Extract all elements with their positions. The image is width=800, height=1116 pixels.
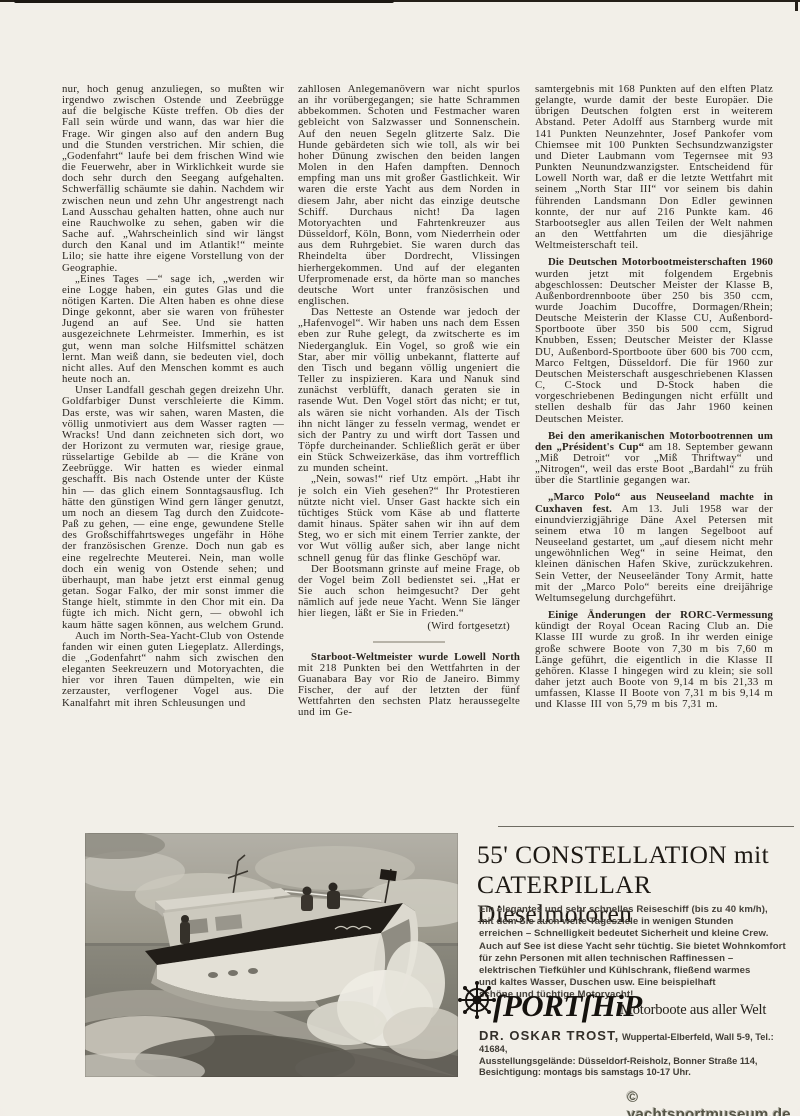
dealer-line-3: Besichtigung: montags bis samstags 10-17…: [479, 1067, 794, 1079]
article-column-3: samtergebnis mit 168 Punkten auf den elf…: [535, 84, 773, 821]
news-text: mit 218 Punkten bei den Wettfahrten in d…: [298, 662, 520, 719]
paragraph: Unser Landfall geschah gegen dreizehn Uh…: [62, 385, 284, 630]
paragraph: Auch im North-Sea-Yacht-Club von Ostende…: [62, 631, 284, 709]
magazine-page: nur, hoch genug anzuliegen, so mußten wi…: [0, 0, 800, 1116]
article-column-2: zahllosen Anlegemanövern war nicht spurl…: [298, 84, 520, 821]
continuation-note: (Wird fortgesetzt): [298, 621, 510, 632]
news-item: Einige Änderungen der RORC-Vermessung kü…: [535, 610, 773, 710]
news-text: Am 13. Juli 1958 war der einundvierzigjä…: [535, 503, 773, 604]
ship-wheel-icon: [457, 979, 497, 1028]
news-text: wurden jetzt mit folgendem Ergebnis abge…: [535, 268, 773, 425]
ad-body-text: Ein elegantes und sehr schnelles Reisesc…: [479, 904, 791, 1002]
news-item: Starboot-Weltmeister wurde Lowell North …: [298, 652, 520, 719]
paragraph: „Nein, sowas!“ rief Utz empört. „Habt ih…: [298, 474, 520, 563]
dealer-line-1: DR. OSKAR TROST, Wuppertal-Elberfeld, Wa…: [479, 1030, 794, 1056]
paragraph: samtergebnis mit 168 Punkten auf den elf…: [535, 84, 773, 251]
article-column-1: nur, hoch genug anzuliegen, so mußten wi…: [62, 84, 284, 821]
news-item: „Marco Polo“ aus Neuseeland machte in Cu…: [535, 492, 773, 604]
scan-edge-line-thick: [14, 0, 394, 3]
news-item: Die Deutschen Motorbootmeisterschaften 1…: [535, 257, 773, 424]
paragraph: zahllosen Anlegemanövern war nicht spurl…: [298, 84, 520, 307]
news-text: kündigt der Royal Ocean Racing Club an. …: [535, 620, 773, 710]
paragraph: Das Netteste an Ostende war jedoch der „…: [298, 307, 520, 474]
ad-top-rule: [498, 826, 794, 827]
paragraph: „Eines Tages —“ sage ich, „werden wir ei…: [62, 274, 284, 386]
ad-tagline: Motorboote aus aller Welt: [620, 1002, 766, 1019]
dealer-info: DR. OSKAR TROST, Wuppertal-Elberfeld, Wa…: [479, 1030, 794, 1079]
paragraph: nur, hoch genug anzuliegen, so mußten wi…: [62, 84, 284, 274]
news-item: Bei den amerikanischen Motorbootrennen u…: [535, 431, 773, 487]
watermark: © yachtsportmuseum.de: [627, 1089, 800, 1116]
dealer-line-2: Ausstellungsgelände: Düsseldorf-Reisholz…: [479, 1056, 794, 1068]
scan-corner-mark: [795, 0, 798, 11]
dealer-name: DR. OSKAR TROST,: [479, 1028, 619, 1043]
motor-yacht-photo: [85, 833, 458, 1077]
section-divider: [373, 641, 445, 643]
paragraph: Der Bootsmann grinste auf meine Frage, o…: [298, 564, 520, 620]
